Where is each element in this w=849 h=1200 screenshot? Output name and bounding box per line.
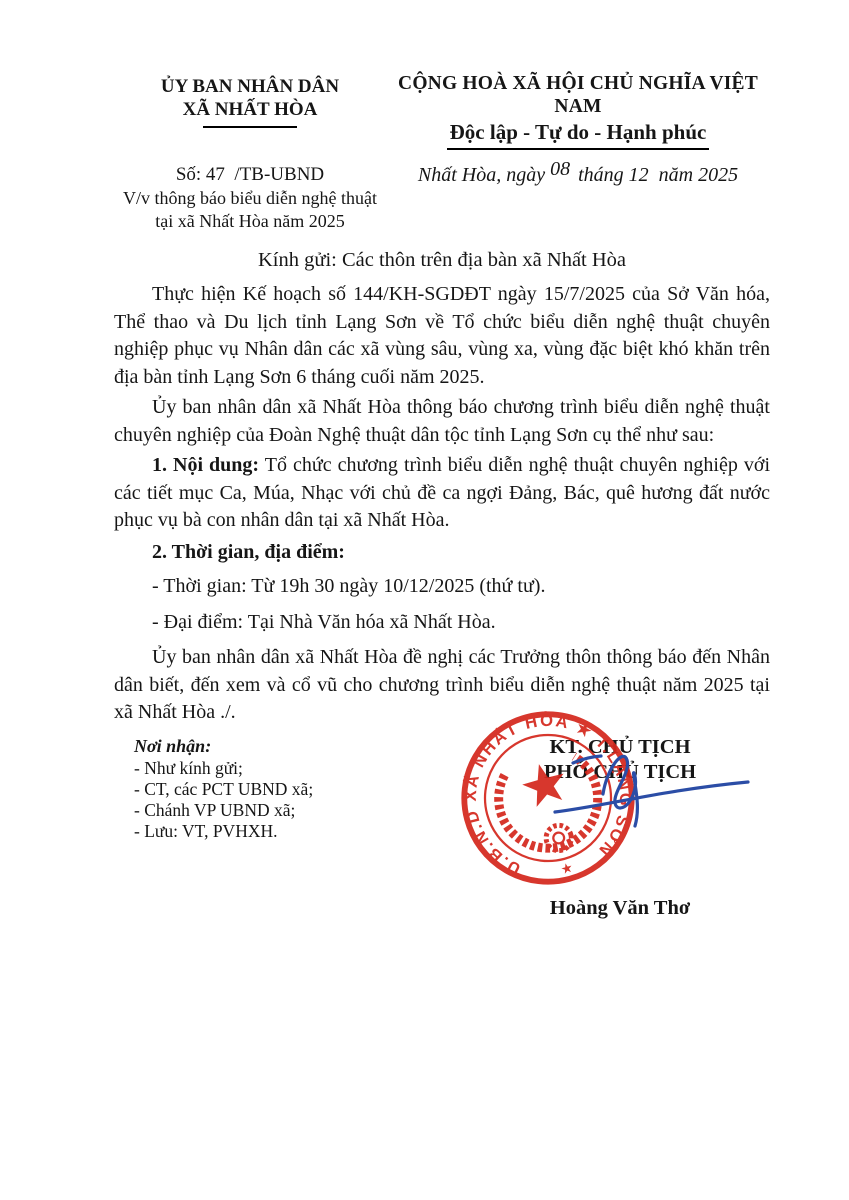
issuing-org-block: ỦY BAN NHÂN DÂN XÃ NHẤT HÒA <box>114 72 386 150</box>
national-motto: Độc lập - Tự do - Hạnh phúc <box>447 119 710 150</box>
recipients-title: Nơi nhận: <box>134 735 470 757</box>
doc-subject-line1: V/v thông báo biểu diễn nghệ thuật <box>114 187 386 209</box>
section1-label: 1. Nội dung: <box>152 454 259 476</box>
org-underline-rule <box>203 126 297 128</box>
closing-paragraph: Ủy ban nhân dân xã Nhất Hòa đề nghị các … <box>114 644 770 727</box>
letter-header: ỦY BAN NHÂN DÂN XÃ NHẤT HÒA CỘNG HOÀ XÃ … <box>114 72 770 150</box>
recipient-item: - Lưu: VT, PVHXH. <box>134 821 470 842</box>
paragraph-2: Ủy ban nhân dân xã Nhất Hòa thông báo ch… <box>114 394 770 449</box>
place-date-line: Nhất Hòa, ngày08 tháng 12 năm 2025 <box>386 163 770 232</box>
doc-meta-block: Số: 47 /TB-UBND V/v thông báo biểu diễn … <box>114 163 386 232</box>
salutation-line: Kính gửi: Các thôn trên địa bàn xã Nhất … <box>114 249 770 272</box>
place-item: - Đại điểm: Tại Nhà Văn hóa xã Nhất Hòa. <box>114 609 770 637</box>
section2-heading: 2. Thời gian, địa điểm: <box>114 539 770 567</box>
recipient-item: - CT, các PCT UBND xã; <box>134 779 470 800</box>
recipient-item: - Như kính gửi; <box>134 758 470 779</box>
doc-subject-line2: tại xã Nhất Hòa năm 2025 <box>114 210 386 232</box>
doc-number: Số: 47 /TB-UBND <box>114 163 386 186</box>
signer-name: Hoàng Văn Thơ <box>470 897 770 920</box>
national-motto-block: CỘNG HOÀ XÃ HỘI CHỦ NGHĨA VIỆT NAM Độc l… <box>386 72 770 150</box>
date-prefix: Nhất Hòa, ngày <box>418 164 545 186</box>
paragraph-content-section: 1. Nội dung: Tổ chức chương trình biểu d… <box>114 452 770 535</box>
date-suffix: tháng 12 năm 2025 <box>578 164 738 186</box>
letter-footer: Nơi nhận: - Như kính gửi; - CT, các PCT … <box>114 735 770 920</box>
recipients-block: Nơi nhận: - Như kính gửi; - CT, các PCT … <box>114 735 470 920</box>
signature-block: KT. CHỦ TỊCH PHÓ CHỦ TỊCH Hoàng Văn Thơ <box>470 735 770 920</box>
paragraph-1: Thực hiện Kế hoạch số 144/KH-SGDĐT ngày … <box>114 281 770 391</box>
official-letter-page: ỦY BAN NHÂN DÂN XÃ NHẤT HÒA CỘNG HOÀ XÃ … <box>0 0 849 1200</box>
signer-position-line2: PHÓ CHỦ TỊCH <box>470 760 770 785</box>
signer-position-line1: KT. CHỦ TỊCH <box>470 735 770 760</box>
time-item: - Thời gian: Từ 19h 30 ngày 10/12/2025 (… <box>114 573 770 601</box>
date-day: 08 <box>550 158 570 180</box>
letter-meta-row: Số: 47 /TB-UBND V/v thông báo biểu diễn … <box>114 163 770 232</box>
org-name-line1: ỦY BAN NHÂN DÂN <box>114 75 386 98</box>
org-name-line2: XÃ NHẤT HÒA <box>114 98 386 121</box>
national-title: CỘNG HOÀ XÃ HỘI CHỦ NGHĨA VIỆT NAM <box>386 72 770 118</box>
recipient-item: - Chánh VP UBND xã; <box>134 800 470 821</box>
